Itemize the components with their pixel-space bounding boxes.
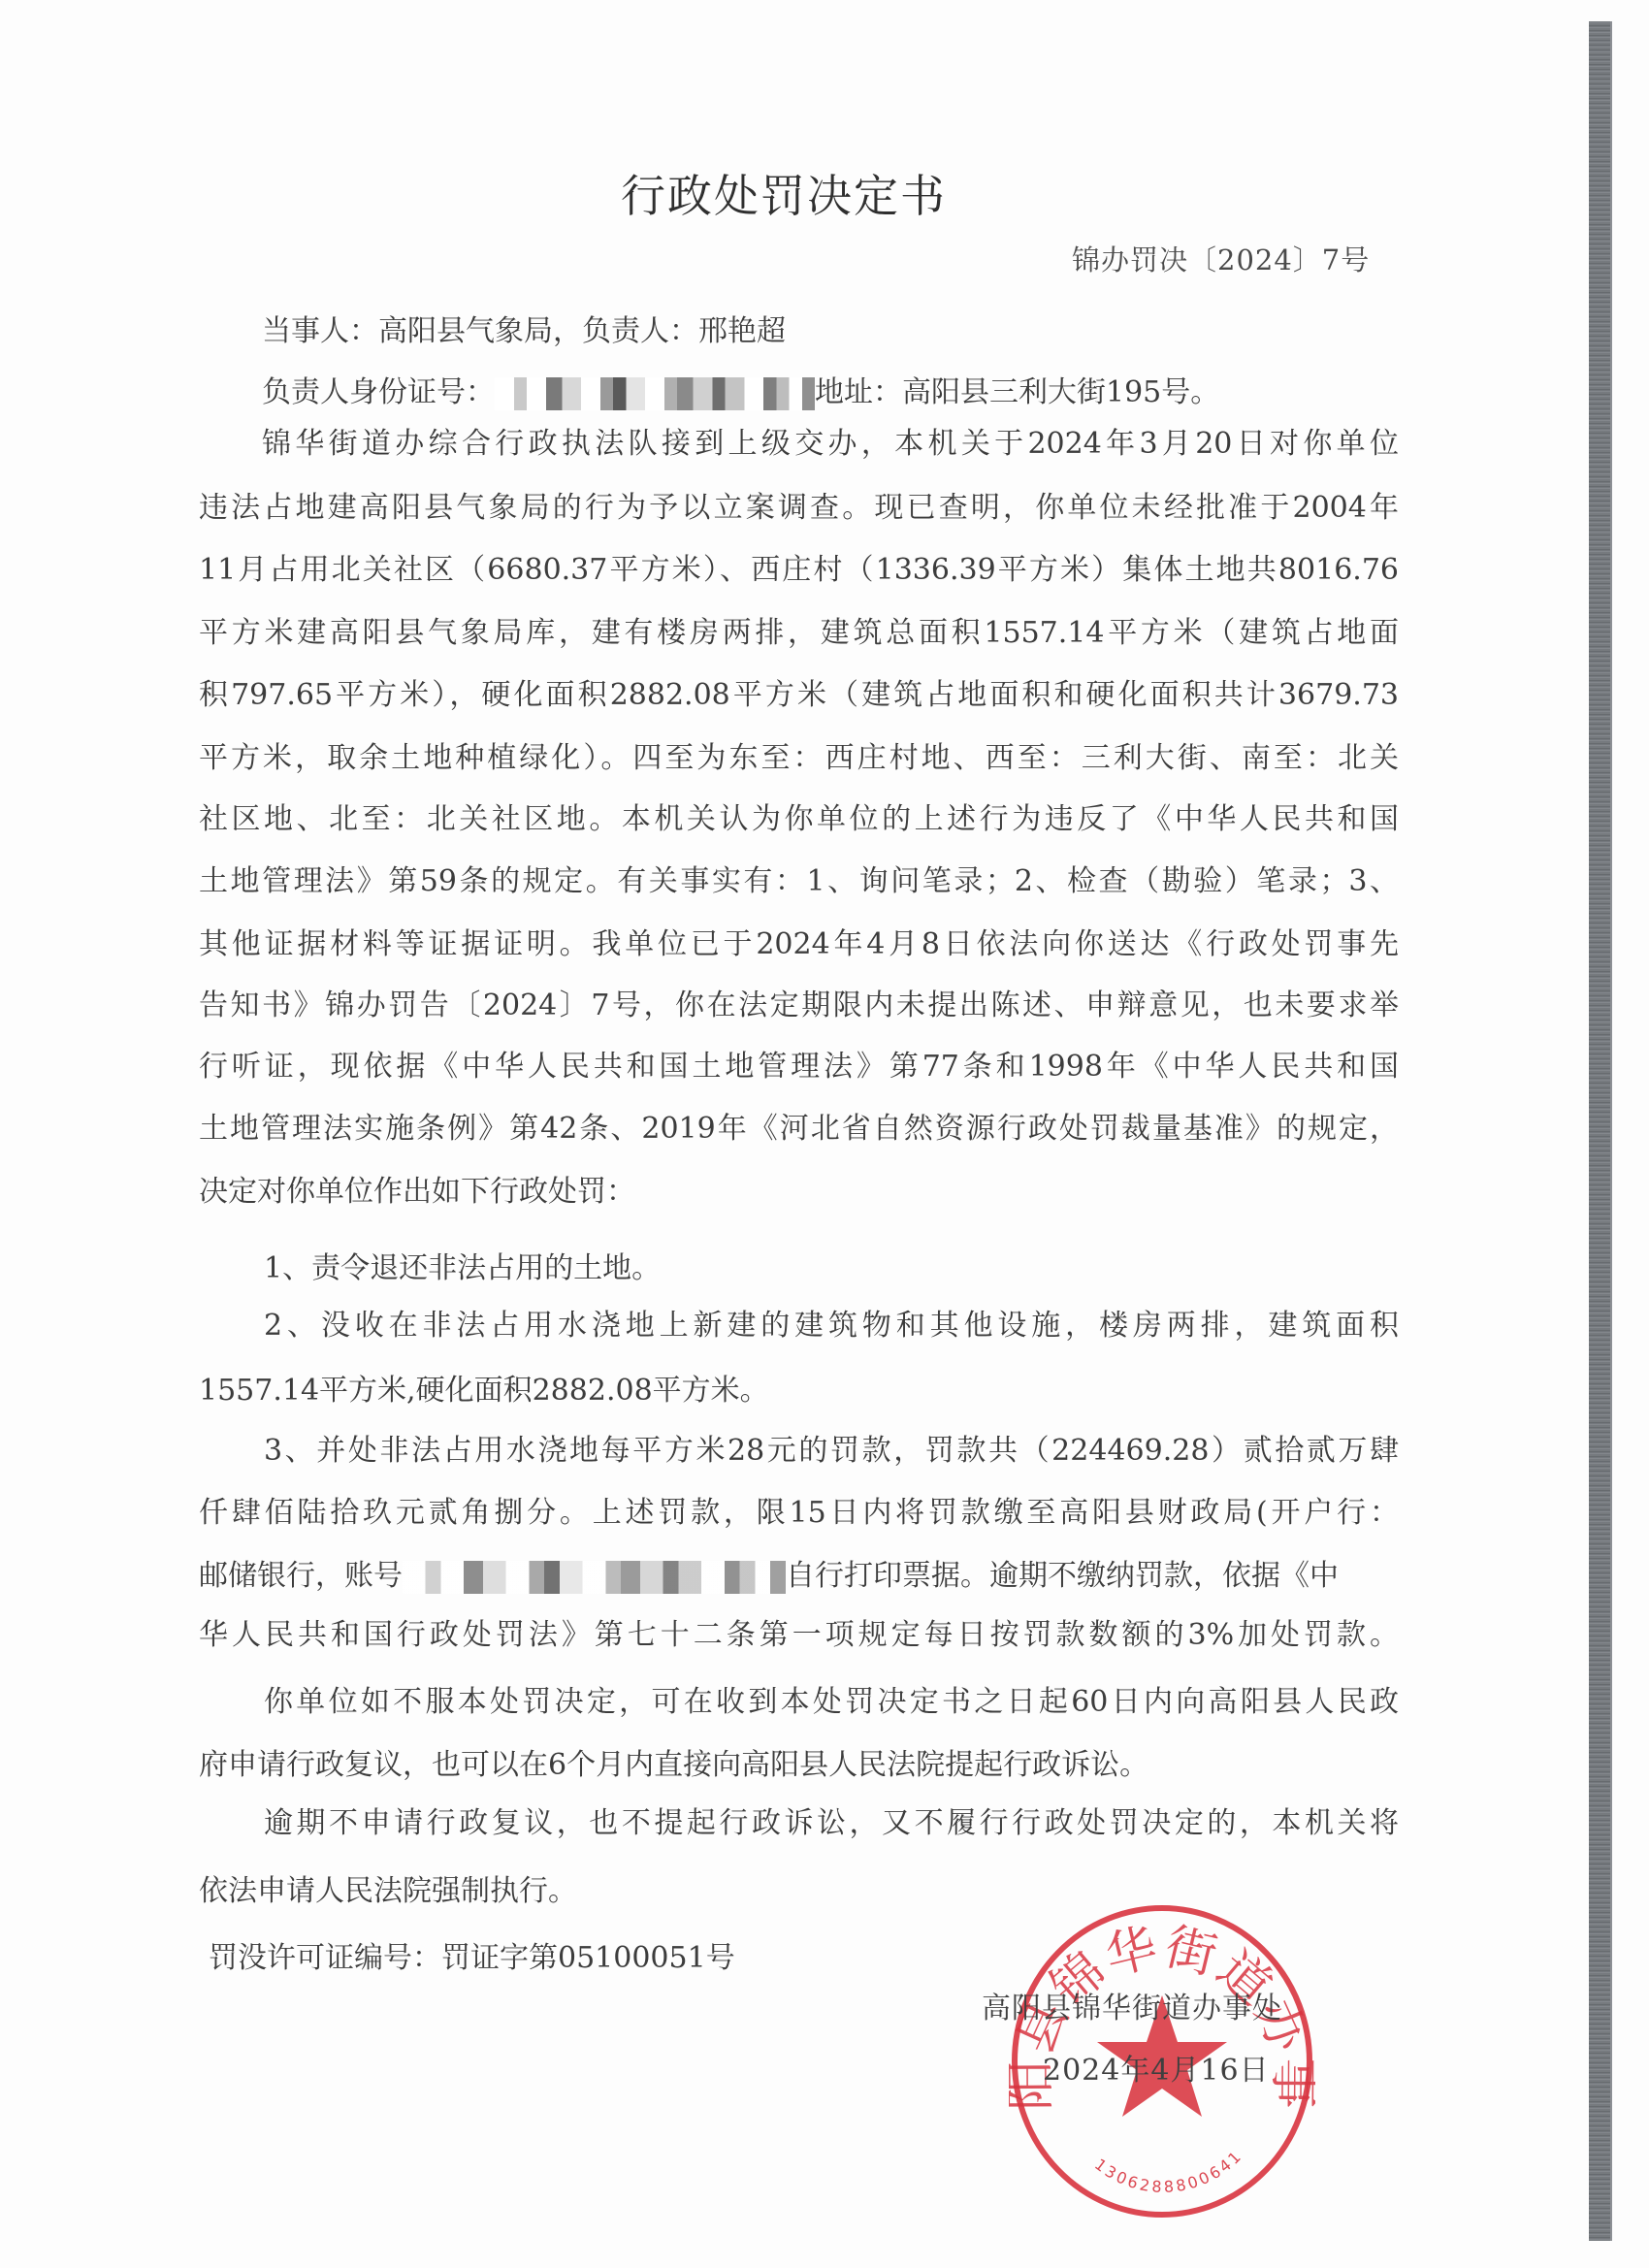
- penalty-item-3: 3、并处非法占用水浇地每平方米28元的罚款，罚款共（224469.28）贰拾贰万…: [264, 1430, 1399, 1473]
- penalty-item-3-cont: 仟肆佰陆拾玖元贰角捌分。上述罚款，限15日内将罚款缴至高阳县财政局(开户行：: [199, 1492, 1399, 1535]
- penalty-item-2-cont: 1557.14平方米,硬化面积2882.08平方米。: [199, 1370, 769, 1412]
- account-label: 邮储银行，账号: [199, 1559, 403, 1593]
- penalty-item-2: 2、没收在非法占用水浇地上新建的建筑物和其他设施，楼房两排，建筑面积: [264, 1305, 1399, 1347]
- body-line: 违法占地建高阳县气象局的行为予以立案调查。现已查明，你单位未经批准于2004年: [199, 487, 1399, 530]
- redacted-id-number: [495, 377, 815, 410]
- issuer-signature: 高阳县锦华街道办事处: [982, 1989, 1282, 2029]
- body-line: 告知书》锦办罚告〔2024〕7号，你在法定期限内未提出陈述、申辩意见，也未要求举: [199, 985, 1399, 1027]
- redacted-account-number: [403, 1561, 786, 1594]
- document-title: 行政处罚决定书: [621, 167, 970, 225]
- body-line: 社区地、北至：北关社区地。本机关认为你单位的上述行为违反了《中华人民共和国: [199, 798, 1399, 841]
- enforcement-text: 逾期不申请行政复议，也不提起行政诉讼，又不履行行政处罚决定的，本机关将: [264, 1802, 1399, 1845]
- party-line: 当事人：高阳县气象局，负责人：邢艳超: [262, 310, 786, 353]
- document-number: 锦办罚决〔2024〕7号: [1072, 241, 1370, 279]
- body-line: 平方米建高阳县气象局库，建有楼房两排，建筑总面积1557.14平方米（建筑占地面: [199, 612, 1399, 655]
- account-line-suffix: 自行打印票据。逾期不缴纳罚款，依据《中: [786, 1559, 1339, 1593]
- penalty-item-3-cont: 华人民共和国行政处罚法》第七十二条第一项规定每日按罚款数额的3%加处罚款。: [199, 1614, 1399, 1657]
- body-line: 土地管理法实施条例》第42条、2019年《河北省自然资源行政处罚裁量基准》的规定…: [199, 1108, 1399, 1150]
- body-line: 11月占用北关社区（6680.37平方米）、西庄村（1336.39平方米）集体土…: [199, 549, 1399, 592]
- enforcement-text-cont: 依法申请人民法院强制执行。: [199, 1870, 577, 1913]
- appeal-text-cont: 府申请行政复议，也可以在6个月内直接向高阳县人民法院提起行政诉讼。: [199, 1744, 1148, 1787]
- svg-text:1306288800641: 1306288800641: [1091, 2146, 1246, 2196]
- body-line: 其他证据材料等证据证明。我单位已于2024年4月8日依法向你送达《行政处罚事先: [199, 923, 1399, 966]
- scan-edge-border: [1589, 21, 1612, 2241]
- body-line: 行听证，现依据《中华人民共和国土地管理法》第77条和1998年《中华人民共和国: [199, 1046, 1399, 1088]
- document-page: 行政处罚决定书 锦办罚决〔2024〕7号 当事人：高阳县气象局，负责人：邢艳超 …: [0, 0, 1649, 2268]
- penalty-item-1: 1、责令退还非法占用的土地。: [264, 1247, 661, 1290]
- body-line: 土地管理法》第59条的规定。有关事实有：1、询问笔录；2、检查（勘验）笔录；3、: [199, 860, 1399, 903]
- seal-code: 1306288800641: [1091, 2146, 1246, 2196]
- body-line: 决定对你单位作出如下行政处罚：: [199, 1171, 635, 1214]
- issue-date: 2024年4月16日: [1043, 2051, 1270, 2091]
- penalty-item-3-account-line: 邮储银行，账号自行打印票据。逾期不缴纳罚款，依据《中: [199, 1555, 1339, 1598]
- address-text: 地址：高阳县三利大街195号。: [815, 375, 1219, 409]
- id-label: 负责人身份证号：: [262, 375, 495, 409]
- license-number-line: 罚没许可证编号：罚证字第05100051号: [209, 1937, 735, 1980]
- body-line: 积797.65平方米），硬化面积2882.08平方米（建筑占地面积和硬化面积共计…: [199, 674, 1399, 717]
- appeal-text: 你单位如不服本处罚决定，可在收到本处罚决定书之日起60日内向高阳县人民政: [264, 1681, 1399, 1724]
- body-line: 锦华街道办综合行政执法队接到上级交办，本机关于2024年3月20日对你单位: [262, 423, 1399, 466]
- body-line: 平方米，取余土地种植绿化）。四至为东至：西庄村地、西至：三利大街、南至：北关: [199, 737, 1399, 780]
- id-address-line: 负责人身份证号：地址：高阳县三利大街195号。: [262, 372, 1219, 414]
